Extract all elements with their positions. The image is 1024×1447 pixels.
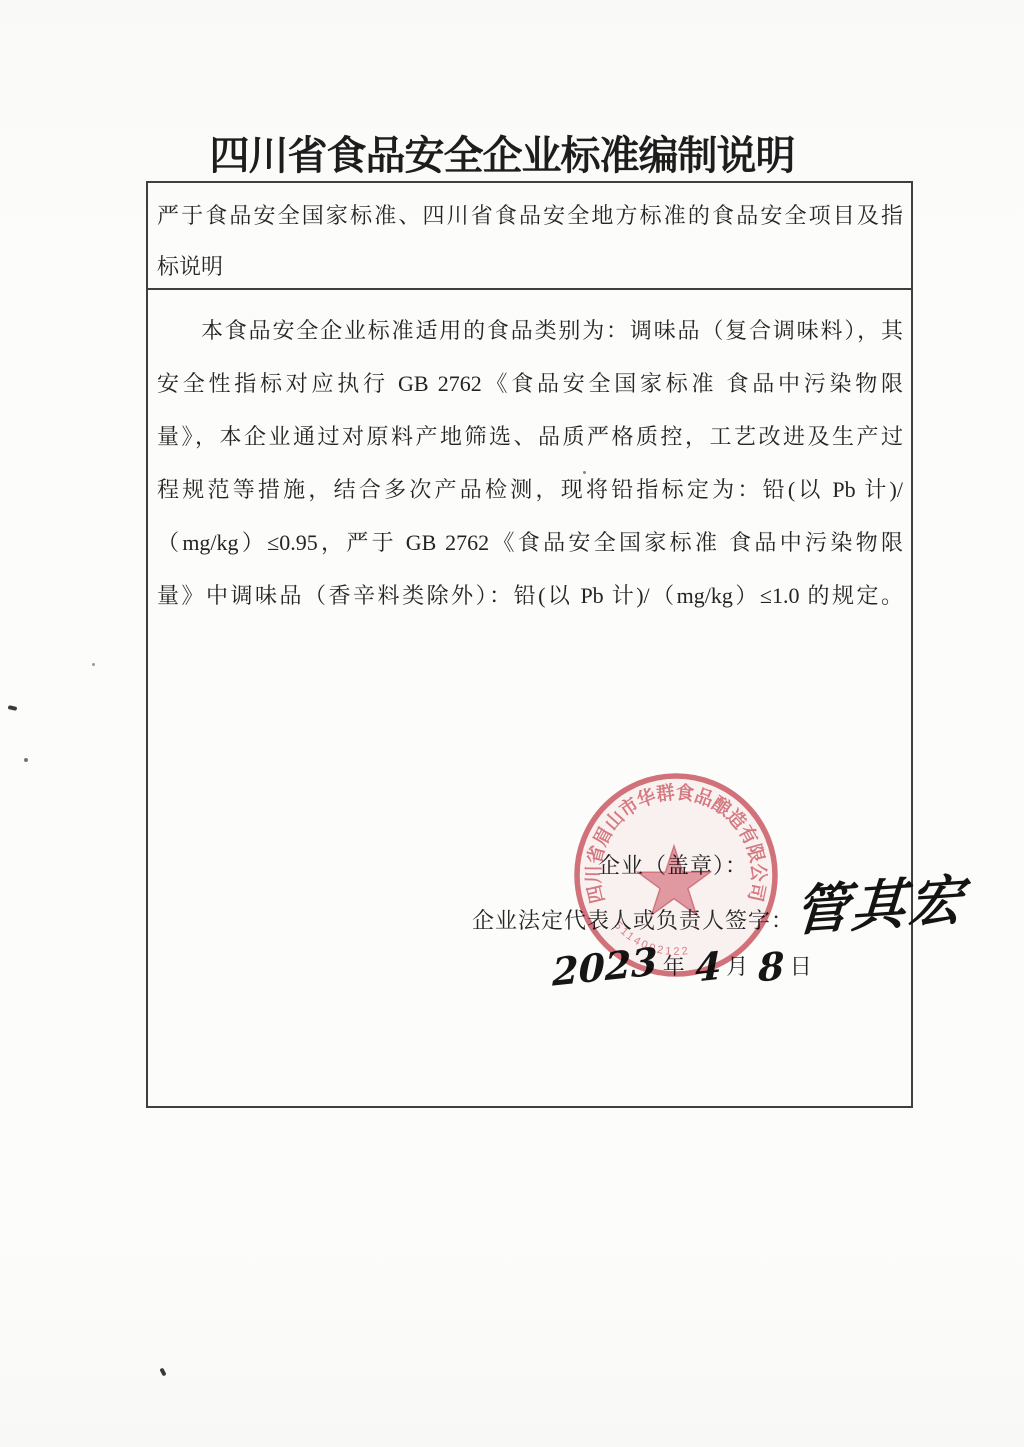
company-seal: 四川省眉山市华群食品酿造有限公司 5114002122 bbox=[556, 755, 798, 997]
scan-speck bbox=[159, 1368, 166, 1377]
body-line: 本食品安全企业标准适用的食品类别为：调味品（复合调味料），其 bbox=[157, 304, 903, 357]
criteria-line: 严于食品安全国家标准、四川省食品安全地方标准的食品安全项目及指 bbox=[157, 190, 903, 241]
body-line: 量》中调味品（香辛料类除外）：铅(以 Pb 计)/（mg/kg）≤1.0 的规定… bbox=[157, 569, 903, 622]
body-line: 程规范等措施，结合多次产品检测，现将铅指标定为：铅(以 Pb 计)/ bbox=[157, 463, 903, 516]
body-line: 量》，本企业通过对原料产地筛选、品质严格质控，工艺改进及生产过 bbox=[157, 410, 903, 463]
scan-speck bbox=[24, 758, 28, 762]
table-row-body: 本食品安全企业标准适用的食品类别为：调味品（复合调味料），其 安全性指标对应执行… bbox=[148, 290, 911, 622]
page-title: 四川省食品安全企业标准编制说明 bbox=[0, 124, 1004, 181]
criteria-line: 标说明 bbox=[157, 241, 903, 292]
body-line: 安全性指标对应执行 GB 2762《食品安全国家标准 食品中污染物限 bbox=[157, 357, 903, 410]
table-row-criteria: 严于食品安全国家标准、四川省食品安全地方标准的食品安全项目及指 标说明 bbox=[148, 183, 911, 290]
body-line: （mg/kg）≤0.95，严于 GB 2762《食品安全国家标准 食品中污染物限 bbox=[157, 516, 903, 569]
scan-speck bbox=[583, 471, 586, 474]
scan-speck bbox=[92, 663, 95, 666]
scan-speck bbox=[8, 705, 18, 711]
scanned-document-page: 四川省食品安全企业标准编制说明 严于食品安全国家标准、四川省食品安全地方标准的食… bbox=[0, 0, 1024, 1447]
signature-handwriting: 管其宏 bbox=[792, 857, 968, 946]
